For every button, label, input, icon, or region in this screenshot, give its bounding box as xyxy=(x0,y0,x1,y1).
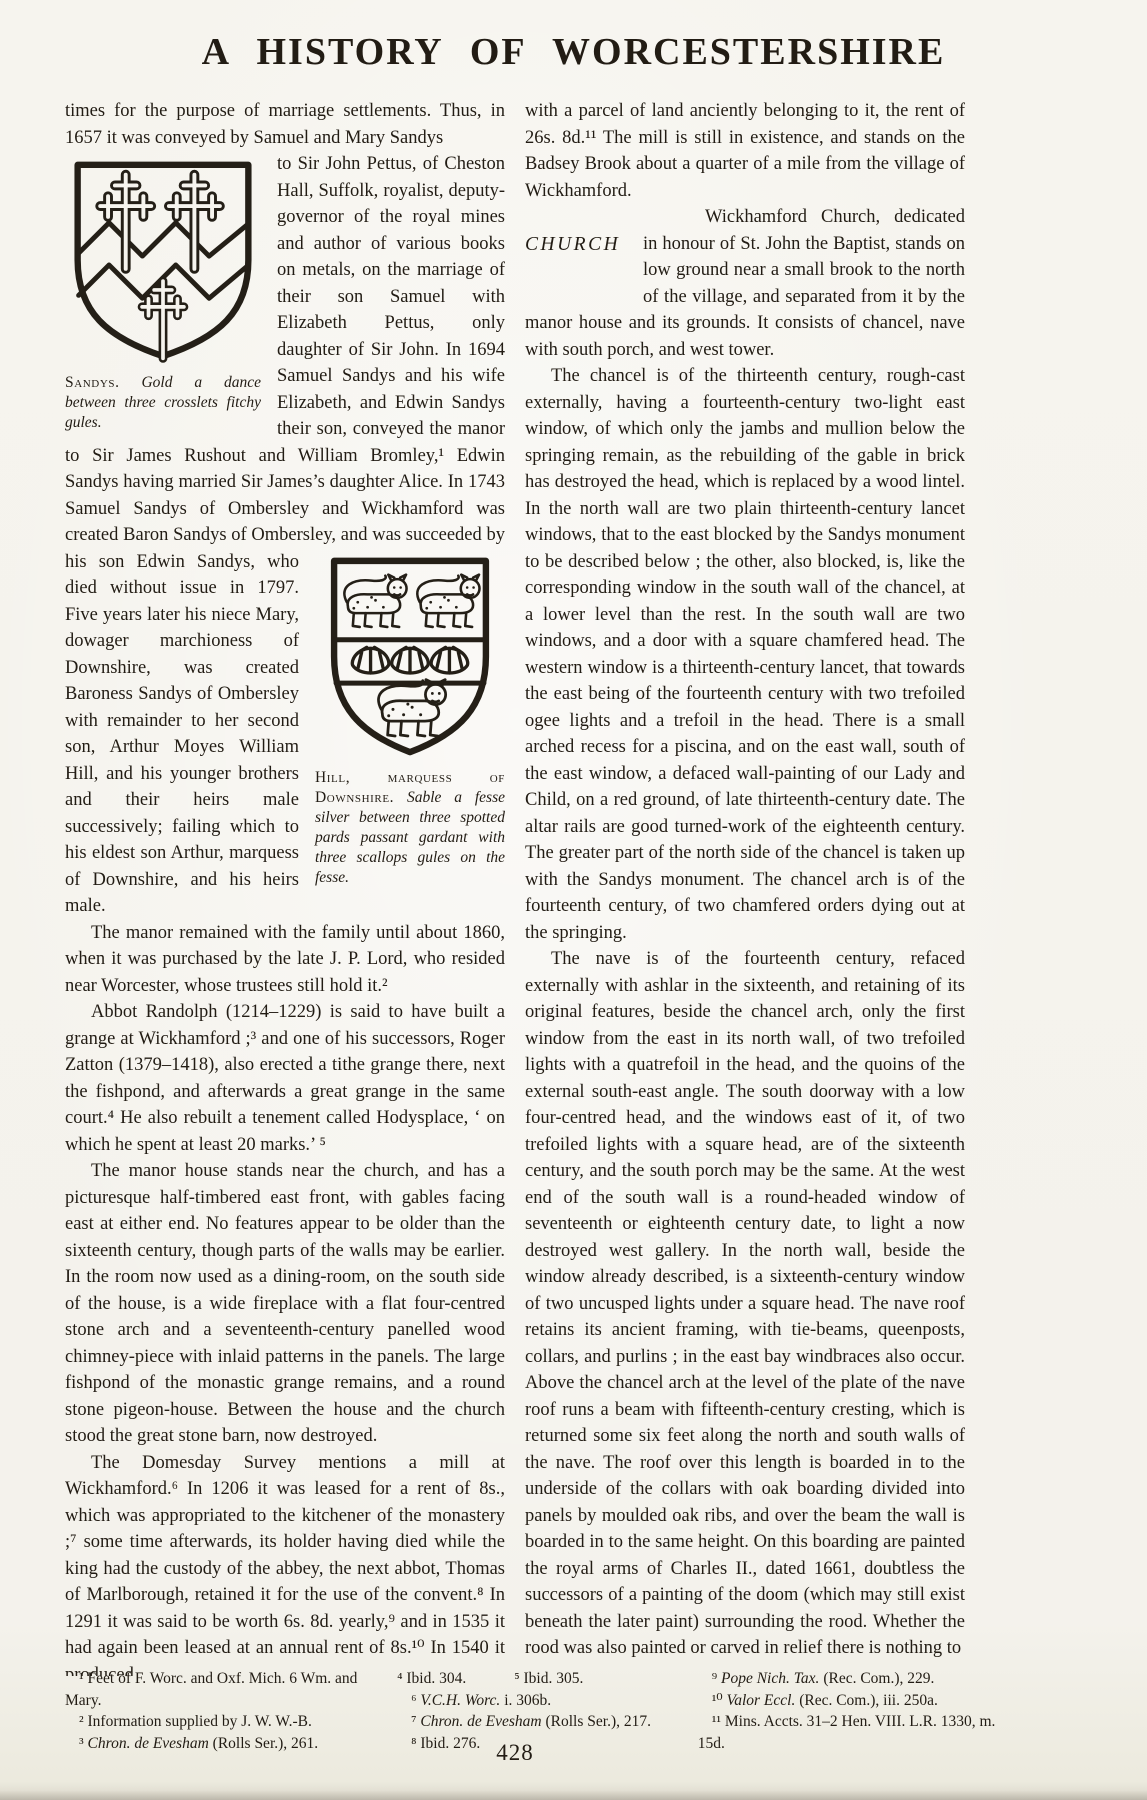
church-sidehead: CHURCH xyxy=(525,232,620,259)
footnote: ⁶ V.C.H. Worc. i. 306b. xyxy=(397,1690,684,1712)
paragraph-chancel: The chancel is of the thirteenth century… xyxy=(525,363,965,946)
text-segment: ⁷ xyxy=(411,1713,420,1730)
page-title: A HISTORY OF WORCESTERSHIRE xyxy=(0,0,1147,88)
scan-edge-shadow xyxy=(0,1790,1147,1800)
text-segment: ⁹ xyxy=(712,1670,721,1687)
footnote: ⁹ Pope Nich. Tax. (Rec. Com.), 229. xyxy=(698,1668,1013,1690)
church-section: CHURCH Wickhamford Church, dedicated in … xyxy=(525,204,965,363)
text-segment: Valor Eccl. xyxy=(726,1692,795,1709)
sandys-shield-illustration xyxy=(67,157,259,365)
hill-shield-illustration xyxy=(326,553,494,760)
sandys-arms-figure: Sandys. Gold a dance between three cross… xyxy=(65,157,261,433)
footnote: ⁴ Ibid. 304. xyxy=(397,1668,466,1690)
footnote: ¹⁰ Valor Eccl. (Rec. Com.), iii. 250a. xyxy=(698,1690,1013,1712)
paragraph-mill: with a parcel of land anciently belongin… xyxy=(525,98,965,204)
page-content: times for the purpose of marriage settle… xyxy=(65,98,965,1676)
page-number: 428 xyxy=(65,1740,965,1766)
text-segment: i. 306b. xyxy=(500,1692,551,1709)
text-segment: Pope Nich. Tax. xyxy=(721,1670,819,1687)
text-segment: ⁵ Ibid. 305. xyxy=(514,1670,583,1687)
text-segment: ¹ Feet of F. Worc. and Oxf. Mich. 6 Wm. … xyxy=(65,1670,357,1709)
paragraph-manor-house: The manor house stands near the church, … xyxy=(65,1158,505,1450)
footnote-row: ⁴ Ibid. 304.⁵ Ibid. 305. xyxy=(397,1668,684,1690)
hill-arms-figure: Hill, marquess of Downshire. Sable a fes… xyxy=(315,553,505,888)
text-segment: Chron. de Evesham xyxy=(420,1713,541,1730)
text-segment: Sandys. xyxy=(65,374,120,391)
paragraph-domesday: The Domesday Survey mentions a mill at W… xyxy=(65,1450,505,1677)
hill-caption: Hill, marquess of Downshire. Sable a fes… xyxy=(315,768,505,888)
text-segment: ¹⁰ xyxy=(712,1692,727,1709)
paragraph-intro: times for the purpose of marriage settle… xyxy=(65,98,505,151)
text-segment: (Rolls Ser.), 217. xyxy=(542,1713,651,1730)
footnote: ¹ Feet of F. Worc. and Oxf. Mich. 6 Wm. … xyxy=(65,1668,385,1711)
footnote: ⁷ Chron. de Evesham (Rolls Ser.), 217. xyxy=(397,1711,684,1733)
text-segment: ⁴ Ibid. 304. xyxy=(397,1670,466,1687)
text-segment: V.C.H. Worc. xyxy=(420,1692,500,1709)
text-run: who died without issue in 1797. Five yea… xyxy=(65,552,299,917)
text-segment: (Rec. Com.), iii. 250a. xyxy=(795,1692,938,1709)
paragraph-nave: The nave is of the fourteenth century, r… xyxy=(525,946,965,1662)
footnote: ² Information supplied by J. W. W.-B. xyxy=(65,1711,385,1733)
sandys-caption: Sandys. Gold a dance between three cross… xyxy=(65,373,261,433)
text-segment: (Rec. Com.), 229. xyxy=(819,1670,934,1687)
left-column: times for the purpose of marriage settle… xyxy=(65,98,505,1676)
footnote: ⁵ Ibid. 305. xyxy=(514,1668,583,1690)
text-segment: ² Information supplied by J. W. W.-B. xyxy=(79,1713,312,1730)
book-page: A HISTORY OF WORCESTERSHIRE times for th… xyxy=(0,0,1147,1800)
paragraph-abbot: Abbot Randolph (1214–1229) is said to ha… xyxy=(65,999,505,1158)
paragraph-manor: The manor remained with the family until… xyxy=(65,920,505,1000)
right-column: with a parcel of land anciently belongin… xyxy=(525,98,965,1676)
text-segment: ⁶ xyxy=(411,1692,420,1709)
